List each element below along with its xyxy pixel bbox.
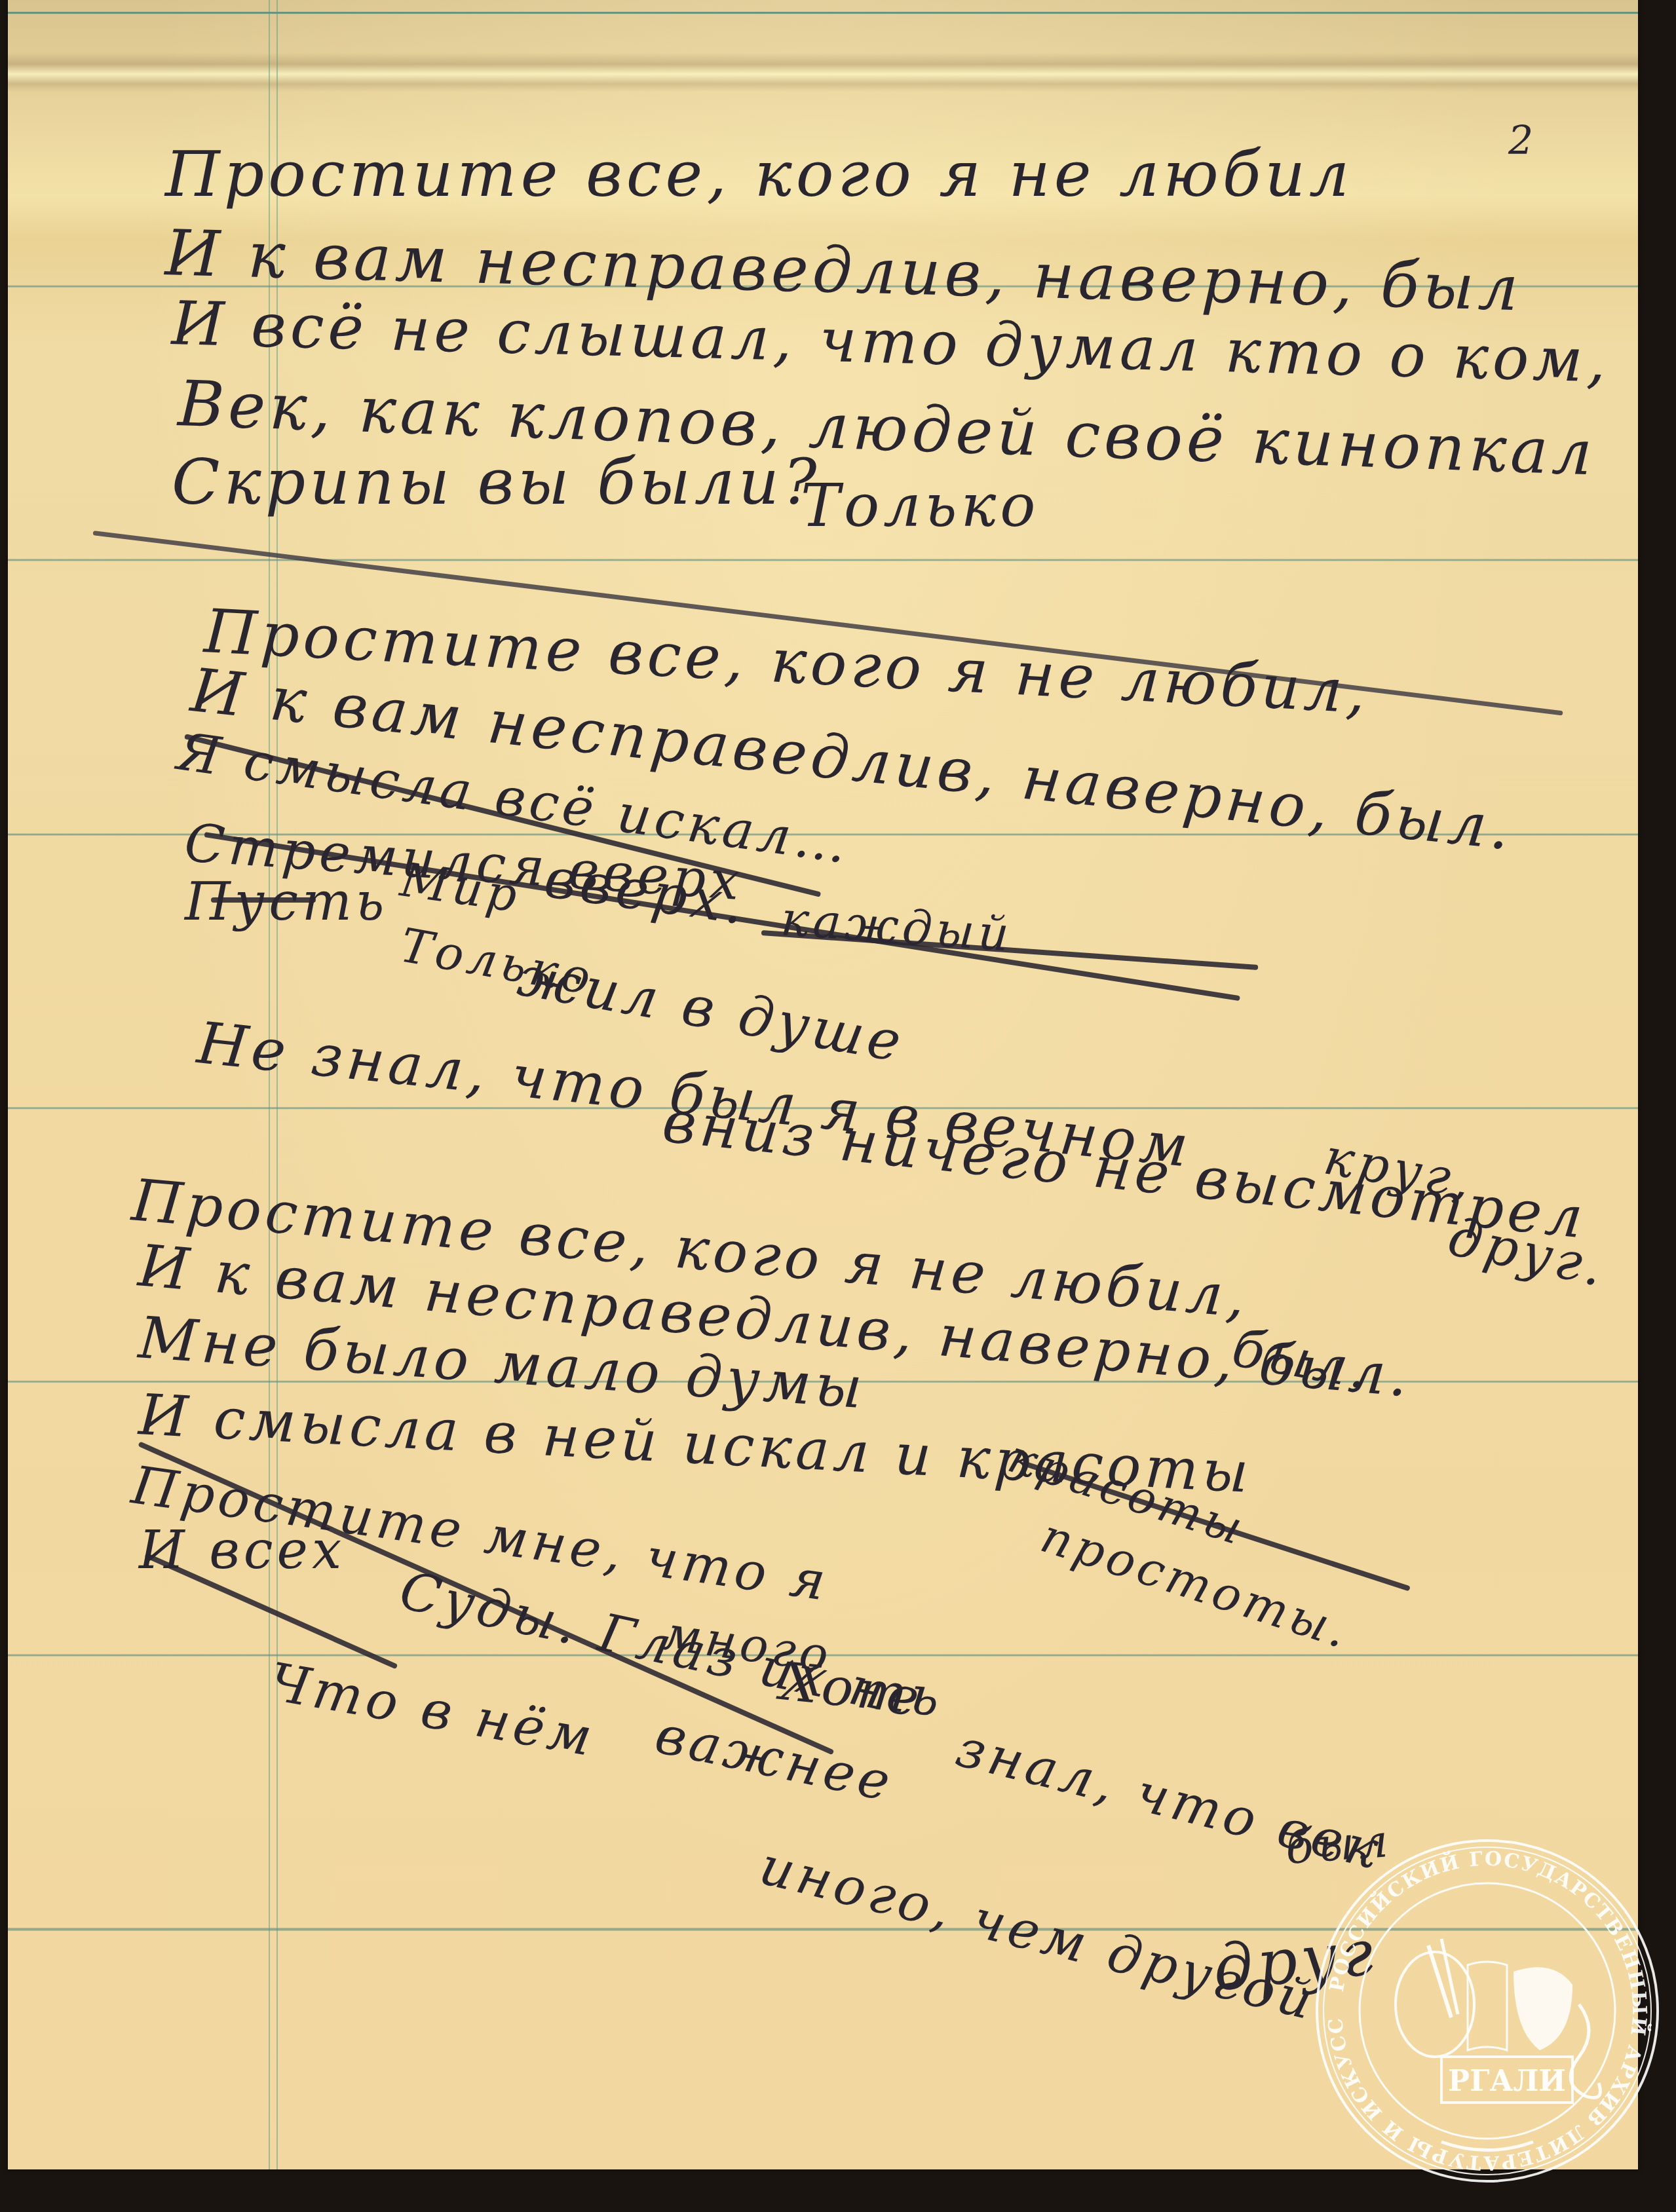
stanza1-line6: Только (801, 472, 1039, 540)
page-number: 2 (1508, 118, 1533, 164)
stamp-emblem-icon: РОССИЙСКИЙ ГОСУДАРСТВЕННЫЙ АРХИВ ЛИТЕРАТ… (1310, 1834, 1664, 2188)
struck-line-6: И всех (139, 1520, 345, 1581)
archive-stamp: РОССИЙСКИЙ ГОСУДАРСТВЕННЫЙ АРХИВ ЛИТЕРАТ… (1310, 1834, 1664, 2188)
stanza1-line1: Простите все, кого я не любил (165, 138, 1353, 211)
stamp-label: РГАЛИ (1448, 2065, 1566, 2098)
strike-3 (211, 897, 316, 903)
stanza1-line5: Скрипы вы были? (172, 445, 820, 519)
